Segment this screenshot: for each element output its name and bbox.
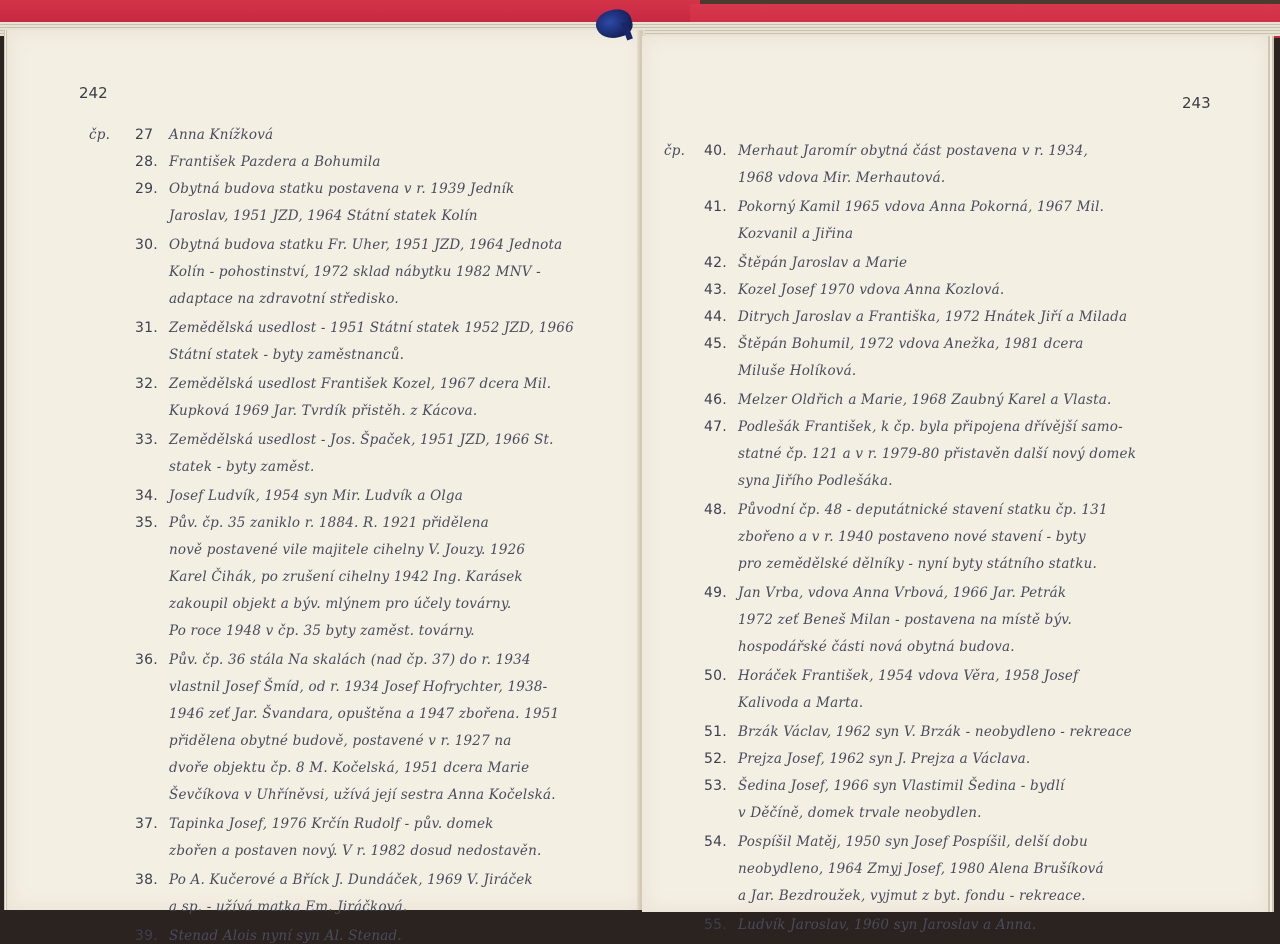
entry-number: 43. [704,277,738,304]
entry-text-line: Kupková 1969 Jar. Tvrdík přistěh. z Káco… [135,398,551,425]
page-number-right: 243 [1182,94,1211,112]
entry-text-line: Jan Vrba, vdova Anna Vrbová, 1966 Jar. P… [738,585,1066,601]
entry-text-line: Původní čp. 48 - deputátnické stavení st… [738,502,1108,518]
entry-text-line: Tapinka Josef, 1976 Krčín Rudolf - pův. … [169,816,494,832]
entry-text-line: a Jar. Bezdroužek, vyjmut z byt. fondu -… [704,883,1104,910]
entry-text-line: statné čp. 121 a v r. 1979-80 přistavěn … [704,441,1136,468]
entry-cp-35: 35.Pův. čp. 35 zaniklo r. 1884. R. 1921 … [135,510,525,645]
entry-text-line: syna Jiřího Podlešáka. [704,468,1136,495]
entry-cp-36: 36.Pův. čp. 36 stála Na skalách (nad čp.… [135,647,559,809]
entry-text-line: Štěpán Bohumil, 1972 vdova Anežka, 1981 … [738,336,1084,352]
entry-number: 42. [704,250,738,277]
entry-text-line: Kolín - pohostinství, 1972 sklad nábytku… [135,259,562,286]
entry-text-line: Zemědělská usedlost - 1951 Státní statek… [169,320,574,336]
entry-text-line: Zemědělská usedlost František Kozel, 196… [169,376,551,392]
entry-cp-41: 41.Pokorný Kamil 1965 vdova Anna Pokorná… [704,194,1104,248]
entry-number: 32. [135,371,169,398]
entry-text-line: Kalivoda a Marta. [704,690,1078,717]
entry-text-line: Štěpán Jaroslav a Marie [738,255,907,271]
entry-cp-32: 32.Zemědělská usedlost František Kozel, … [135,371,551,425]
entry-cp-28: 28.František Pazdera a Bohumila [135,149,381,176]
entry-number: 45. [704,331,738,358]
entry-text-line: Anna Knížková [169,127,273,143]
entry-text-line: Merhaut Jaromír obytná část postavena v … [738,143,1088,159]
entry-text-line: zbořen a postaven nový. V r. 1982 dosud … [135,838,542,865]
entry-text-line: statek - byty zaměst. [135,454,554,481]
entry-cp-51: 51.Brzák Václav, 1962 syn V. Brzák - neo… [704,719,1132,746]
entry-number: 34. [135,483,169,510]
entry-cp-29: 29.Obytná budova statku postavena v r. 1… [135,176,514,230]
entry-cp-49: 49.Jan Vrba, vdova Anna Vrbová, 1966 Jar… [704,580,1072,661]
entry-text-line: Karel Čihák, po zrušení cihelny 1942 Ing… [135,564,525,591]
entry-cp-55: 55.Ludvík Jaroslav, 1960 syn Jaroslav a … [704,912,1036,939]
entry-text-line: hospodářské části nová obytná budova. [704,634,1072,661]
entry-cp-33: 33.Zemědělská usedlost - Jos. Špaček, 19… [135,427,554,481]
entry-number: 52. [704,746,738,773]
entry-text-line: v Děčíně, domek trvale neobydlen. [704,800,1065,827]
entry-text-line: 1972 zeť Beneš Milan - postavena na míst… [704,607,1072,634]
entry-text-line: Josef Ludvík, 1954 syn Mir. Ludvík a Olg… [169,488,463,504]
entry-number: 27 [135,122,169,149]
entry-text-line: zakoupil objekt a býv. mlýnem pro účely … [135,591,525,618]
entry-cp-47: 47.Podlešák František, k čp. byla připoj… [704,414,1136,495]
entry-text-line: přidělena obytné budově, postavené v r. … [135,728,559,755]
entry-text-line: Miluše Holíková. [704,358,1084,385]
entry-cp-27: 27Anna Knížková [135,122,273,149]
entry-number: 30. [135,232,169,259]
entry-cp-42: 42.Štěpán Jaroslav a Marie [704,250,907,277]
entry-text-line: Jaroslav, 1951 JZD, 1964 Státní statek K… [135,203,514,230]
entry-cp-46: 46.Melzer Oldřich a Marie, 1968 Zaubný K… [704,387,1111,414]
entry-text-line: Podlešák František, k čp. byla připojena… [738,419,1123,435]
entry-number: 39. [135,923,169,944]
entry-cp-31: 31.Zemědělská usedlost - 1951 Státní sta… [135,315,574,369]
entry-number: 41. [704,194,738,221]
house-number-prefix: čp. [89,122,110,149]
entry-number: 47. [704,414,738,441]
entry-number: 50. [704,663,738,690]
entry-cp-52: 52.Prejza Josef, 1962 syn J. Prejza a Vá… [704,746,1030,773]
entry-text-line: Ditrych Jaroslav a Františka, 1972 Hnáte… [738,309,1127,325]
entry-text-line: Šedina Josef, 1966 syn Vlastimil Šedina … [738,778,1065,794]
entry-text-line: Státní statek - byty zaměstnanců. [135,342,574,369]
entry-cp-40: 40.Merhaut Jaromír obytná část postavena… [704,138,1088,192]
entry-text-line: Melzer Oldřich a Marie, 1968 Zaubný Kare… [738,392,1111,408]
entry-text-line: neobydleno, 1964 Zmyj Josef, 1980 Alena … [704,856,1104,883]
entry-text-line: Horáček František, 1954 vdova Věra, 1958… [738,668,1078,684]
entry-text-line: Po roce 1948 v čp. 35 byty zaměst. továr… [135,618,525,645]
entry-cp-50: 50.Horáček František, 1954 vdova Věra, 1… [704,663,1078,717]
entry-text-line: Obytná budova statku postavena v r. 1939… [169,181,514,197]
entry-number: 51. [704,719,738,746]
entry-text-line: 1946 zeť Jar. Švandara, opuštěna a 1947 … [135,701,559,728]
entry-cp-37: 37.Tapinka Josef, 1976 Krčín Rudolf - pů… [135,811,542,865]
entry-text-line: Pokorný Kamil 1965 vdova Anna Pokorná, 1… [738,199,1104,215]
entry-text-line: Kozel Josef 1970 vdova Anna Kozlová. [738,282,1004,298]
entry-text-line: Ludvík Jaroslav, 1960 syn Jaroslav a Ann… [738,917,1036,933]
entry-text-line: vlastnil Josef Šmíd, od r. 1934 Josef Ho… [135,674,559,701]
entry-number: 38. [135,867,169,894]
entry-text-line: Po A. Kučerové a Bříck J. Dundáček, 1969… [169,872,533,888]
entry-text-line: Pův. čp. 35 zaniklo r. 1884. R. 1921 při… [169,515,489,531]
entry-cp-34: 34.Josef Ludvík, 1954 syn Mir. Ludvík a … [135,483,463,510]
entry-text-line: zbořeno a v r. 1940 postaveno nové stave… [704,524,1108,551]
entry-cp-39: 39.Stenad Alois nyní syn Al. Stenad. [135,923,402,944]
entry-cp-45: 45.Štěpán Bohumil, 1972 vdova Anežka, 19… [704,331,1084,385]
entry-text-line: Zemědělská usedlost - Jos. Špaček, 1951 … [169,432,554,448]
entry-text-line: Stenad Alois nyní syn Al. Stenad. [169,928,402,944]
entry-number: 29. [135,176,169,203]
entry-number: 46. [704,387,738,414]
house-number-prefix: čp. [664,138,685,165]
entry-cp-48: 48.Původní čp. 48 - deputátnické stavení… [704,497,1108,578]
entry-number: 35. [135,510,169,537]
entry-text-line: a sp. - užívá matka Em. Jiráčková. [135,894,533,921]
entry-number: 28. [135,149,169,176]
right-page: 243 40.Merhaut Jaromír obytná část posta… [642,36,1274,912]
entry-text-line: Obytná budova statku Fr. Uher, 1951 JZD,… [169,237,562,253]
entry-number: 48. [704,497,738,524]
entry-text-line: Brzák Václav, 1962 syn V. Brzák - neobyd… [738,724,1132,740]
entry-cp-38: 38.Po A. Kučerové a Bříck J. Dundáček, 1… [135,867,533,921]
entry-text-line: nově postavené vile majitele cihelny V. … [135,537,525,564]
entry-number: 44. [704,304,738,331]
entry-number: 40. [704,138,738,165]
entry-text-line: Pův. čp. 36 stála Na skalách (nad čp. 37… [169,652,531,668]
entry-text-line: Ševčíkova v Uhříněvsi, užívá její sestra… [135,782,559,809]
entry-text-line: pro zemědělské dělníky - nyní byty státn… [704,551,1108,578]
entry-number: 49. [704,580,738,607]
entry-cp-43: 43.Kozel Josef 1970 vdova Anna Kozlová. [704,277,1004,304]
entry-text-line: Prejza Josef, 1962 syn J. Prejza a Václa… [738,751,1030,767]
entry-cp-30: 30.Obytná budova statku Fr. Uher, 1951 J… [135,232,562,313]
entry-cp-44: 44.Ditrych Jaroslav a Františka, 1972 Hn… [704,304,1127,331]
entry-number: 54. [704,829,738,856]
entry-number: 36. [135,647,169,674]
entry-text-line: Pospíšil Matěj, 1950 syn Josef Pospíšil,… [738,834,1088,850]
entry-number: 37. [135,811,169,838]
entry-text-line: Kozvanil a Jiřina [704,221,1104,248]
entry-number: 33. [135,427,169,454]
entry-text-line: dvoře objektu čp. 8 M. Kočelská, 1951 dc… [135,755,559,782]
entry-text-line: 1968 vdova Mir. Merhautová. [704,165,1088,192]
entry-cp-53: 53.Šedina Josef, 1966 syn Vlastimil Šedi… [704,773,1065,827]
page-number-left: 242 [79,84,108,102]
entry-number: 55. [704,912,738,939]
left-page: 242 27Anna Knížkováčp.28.František Pazde… [4,30,643,910]
entry-number: 31. [135,315,169,342]
entry-cp-54: 54.Pospíšil Matěj, 1950 syn Josef Pospíš… [704,829,1104,910]
entry-text-line: adaptace na zdravotní středisko. [135,286,562,313]
entry-text-line: František Pazdera a Bohumila [169,154,381,170]
entry-number: 53. [704,773,738,800]
